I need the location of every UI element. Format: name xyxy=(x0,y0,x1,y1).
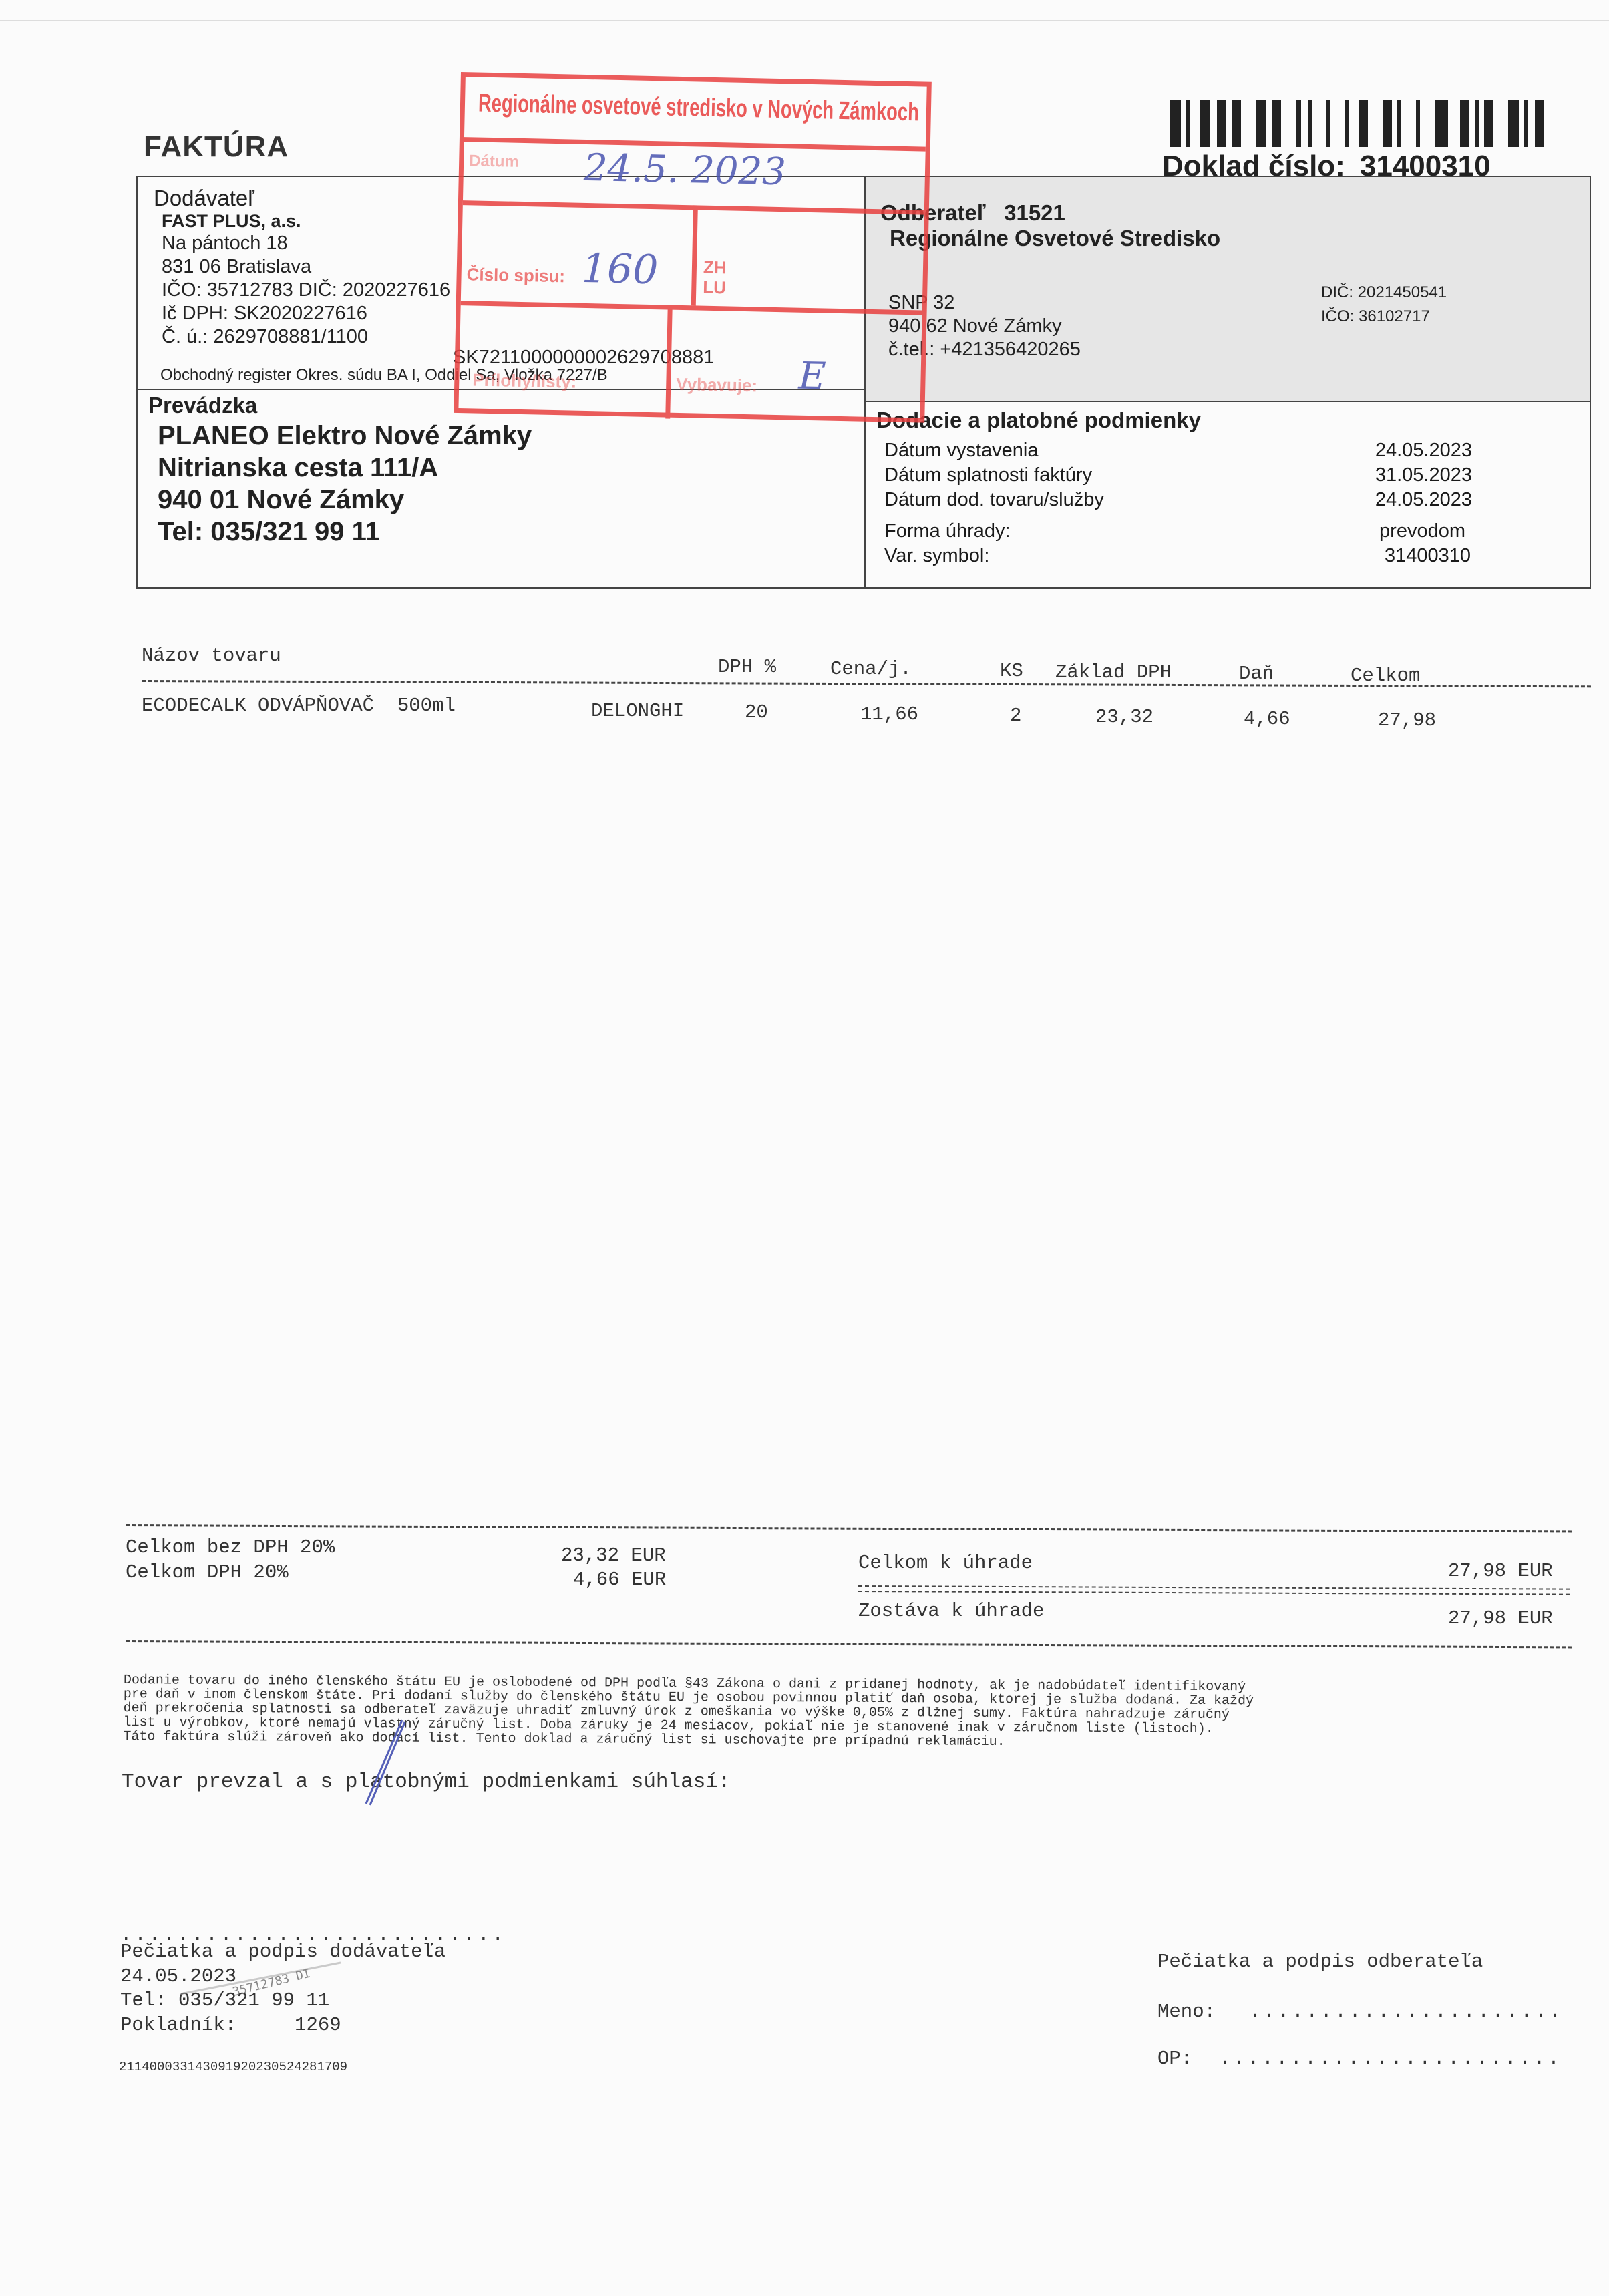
barcode-bar xyxy=(1535,100,1544,147)
conditions-heading: Dodacie a platobné podmienky xyxy=(876,407,1472,433)
stamp-file-label: Číslo spisu: xyxy=(466,264,565,287)
item-unit-price: 11,66 xyxy=(860,703,918,725)
total-due-value: 27,98 EUR xyxy=(1448,1560,1553,1582)
stamp-handles-label: Vybavuje: xyxy=(676,374,757,397)
barcode-bar xyxy=(1200,100,1210,147)
barcode-bar xyxy=(1359,100,1368,147)
customer-block: Odberateľ 31521 Regionálne Osvetové Stre… xyxy=(880,200,1220,251)
col-header-qty: KS xyxy=(1000,660,1023,682)
supplier-account: Č. ú.: 2629708881/1100 xyxy=(162,325,450,349)
customer-name-label: Meno: xyxy=(1157,2001,1216,2023)
condition-row: Forma úhrady:prevodom xyxy=(884,519,1472,544)
svg-text:35712783 DI: 35712783 DI xyxy=(231,1967,312,1999)
customer-heading: Odberateľ 31521 xyxy=(880,200,1220,226)
scan-edge xyxy=(0,20,1609,21)
total-net-label: Celkom bez DPH 20% xyxy=(126,1536,335,1559)
stamp-zh-label: ZH xyxy=(703,257,727,278)
barcode-bar xyxy=(1308,100,1312,147)
col-header-tax: Daň xyxy=(1239,663,1274,685)
total-remaining-value: 27,98 EUR xyxy=(1448,1607,1553,1629)
stamp-zh: ZHLU xyxy=(703,257,727,298)
barcode xyxy=(1170,100,1544,147)
item-total: 27,98 xyxy=(1378,709,1436,731)
col-header-total: Celkom xyxy=(1351,665,1420,687)
condition-value: 24.05.2023 xyxy=(1375,438,1472,463)
barcode-bar xyxy=(1217,100,1226,147)
supplier-name: FAST PLUS, a.s. xyxy=(162,211,450,232)
total-net-value: 23,32 EUR xyxy=(561,1544,666,1567)
stamp-attachments-label: Prílohy/listy: xyxy=(472,369,577,392)
faded-stamp-icon: 35712783 DI xyxy=(174,1957,347,2004)
branch-line: 940 01 Nové Zámky xyxy=(158,484,532,516)
customer-name-field[interactable]: ...................... xyxy=(1249,2001,1564,2023)
customer-name: Regionálne Osvetové Stredisko xyxy=(890,226,1220,251)
condition-row: Var. symbol:31400310 xyxy=(884,544,1472,568)
total-remaining-label: Zostáva k úhrade xyxy=(858,1600,1044,1622)
item-brand: DELONGHI xyxy=(591,700,684,722)
barcode-bar xyxy=(1186,100,1190,147)
condition-value: 31.05.2023 xyxy=(1375,463,1472,488)
total-vat-label: Celkom DPH 20% xyxy=(126,1561,289,1583)
stamp-file-handwritten: 160 xyxy=(581,245,659,293)
stamp-handles-handwritten: E xyxy=(798,355,826,399)
col-header-vat: DPH % xyxy=(718,656,776,678)
condition-value: 31400310 xyxy=(1385,544,1472,568)
registry-stamp: Regionálne osvetové stredisko v Nových Z… xyxy=(454,72,932,423)
totals-double-rule xyxy=(858,1585,1570,1595)
legal-notice: Dodanie tovaru do iného členského štátu … xyxy=(123,1673,1459,1752)
barcode-bar xyxy=(1256,100,1266,147)
stamp-date-handwritten: 24.5. 2023 xyxy=(583,146,786,194)
supplier-ids: IČO: 35712783 DIČ: 2020227616 xyxy=(162,279,450,302)
customer-ico: IČO: 36102717 xyxy=(1321,305,1447,329)
barcode-bar xyxy=(1460,100,1469,147)
condition-label: Dátum dod. tovaru/služby xyxy=(884,488,1104,512)
cashier-id: Pokladník: 1269 xyxy=(120,2014,341,2036)
branch-line: Nitrianska cesta 111/A xyxy=(158,452,532,484)
condition-label: Dátum splatnosti faktúry xyxy=(884,463,1092,488)
condition-value: 24.05.2023 xyxy=(1375,488,1472,512)
item-base: 23,32 xyxy=(1095,706,1153,728)
barcode-bar xyxy=(1397,100,1401,147)
item-name: ECODECALK ODVÁPŇOVAČ 500ml xyxy=(142,695,456,717)
document-title: FAKTÚRA xyxy=(144,130,289,164)
branch-line: PLANEO Elektro Nové Zámky xyxy=(158,420,532,452)
barcode-bar xyxy=(1272,100,1281,147)
pen-stroke-icon xyxy=(361,1717,421,1810)
conditions-block: Dodacie a platobné podmienky Dátum vysta… xyxy=(876,407,1472,568)
branch-line: Tel: 035/321 99 11 xyxy=(158,516,532,548)
barcode-bar xyxy=(1508,100,1519,147)
barcode-bar xyxy=(1383,100,1392,147)
item-tax: 4,66 xyxy=(1244,708,1290,730)
col-header-unit-price: Cena/j. xyxy=(830,658,912,680)
col-header-base: Základ DPH xyxy=(1055,661,1172,683)
barcode-bar xyxy=(1345,100,1349,147)
stamp-title: Regionálne osvetové stredisko v Nových Z… xyxy=(478,90,920,128)
condition-row: Dátum splatnosti faktúry31.05.2023 xyxy=(884,463,1472,488)
customer-dic: DIČ: 2021450541 xyxy=(1321,281,1447,305)
condition-label: Var. symbol: xyxy=(884,544,989,568)
total-due-label: Celkom k úhrade xyxy=(858,1552,1033,1574)
col-header-name: Názov tovaru xyxy=(142,645,281,667)
condition-label: Forma úhrady: xyxy=(884,519,1011,544)
total-vat-value: 4,66 EUR xyxy=(573,1569,666,1591)
customer-op-label: OP: xyxy=(1157,2047,1192,2070)
condition-row: Dátum vystavenia24.05.2023 xyxy=(884,438,1472,463)
document-code: 211400033143091920230524281709 xyxy=(119,2060,347,2074)
condition-label: Dátum vystavenia xyxy=(884,438,1039,463)
barcode-bar xyxy=(1326,100,1330,147)
supplier-vat-id: Ič DPH: SK2020227616 xyxy=(162,302,450,325)
stamp-lu-label: LU xyxy=(703,277,726,298)
barcode-bar xyxy=(1296,100,1301,147)
supplier-heading: Dodávateľ xyxy=(154,186,450,211)
barcode-bar xyxy=(1416,100,1420,147)
supplier-city: 831 06 Bratislava xyxy=(162,255,450,279)
barcode-bar xyxy=(1524,100,1528,147)
barcode-bar xyxy=(1475,100,1479,147)
customer-tax-ids: DIČ: 2021450541 IČO: 36102717 xyxy=(1321,281,1447,329)
customer-op-field[interactable]: ........................ xyxy=(1219,2047,1562,2070)
barcode-bar xyxy=(1484,100,1493,147)
item-qty: 2 xyxy=(1010,705,1021,727)
customer-number: 31521 xyxy=(1004,200,1065,225)
barcode-bar xyxy=(1435,100,1448,147)
totals-bottom-rule xyxy=(126,1640,1572,1648)
stamp-date-label: Dátum xyxy=(469,152,519,172)
item-vat: 20 xyxy=(745,701,768,723)
condition-value: prevodom xyxy=(1379,519,1472,544)
acceptance-text: Tovar prevzal a s platobnými podmienkami… xyxy=(122,1770,731,1794)
condition-row: Dátum dod. tovaru/služby24.05.2023 xyxy=(884,488,1472,512)
totals-top-rule xyxy=(126,1524,1572,1532)
divider xyxy=(864,401,1591,402)
supplier-street: Na pántoch 18 xyxy=(162,232,450,255)
supplier-block: Dodávateľ FAST PLUS, a.s. Na pántoch 18 … xyxy=(154,186,450,349)
barcode-bar xyxy=(1170,100,1181,147)
customer-signature-label: Pečiatka a podpis odberateľa xyxy=(1157,1951,1483,1973)
branch-block: Prevádzka PLANEO Elektro Nové Zámky Nitr… xyxy=(148,393,532,548)
barcode-bar xyxy=(1232,100,1241,147)
